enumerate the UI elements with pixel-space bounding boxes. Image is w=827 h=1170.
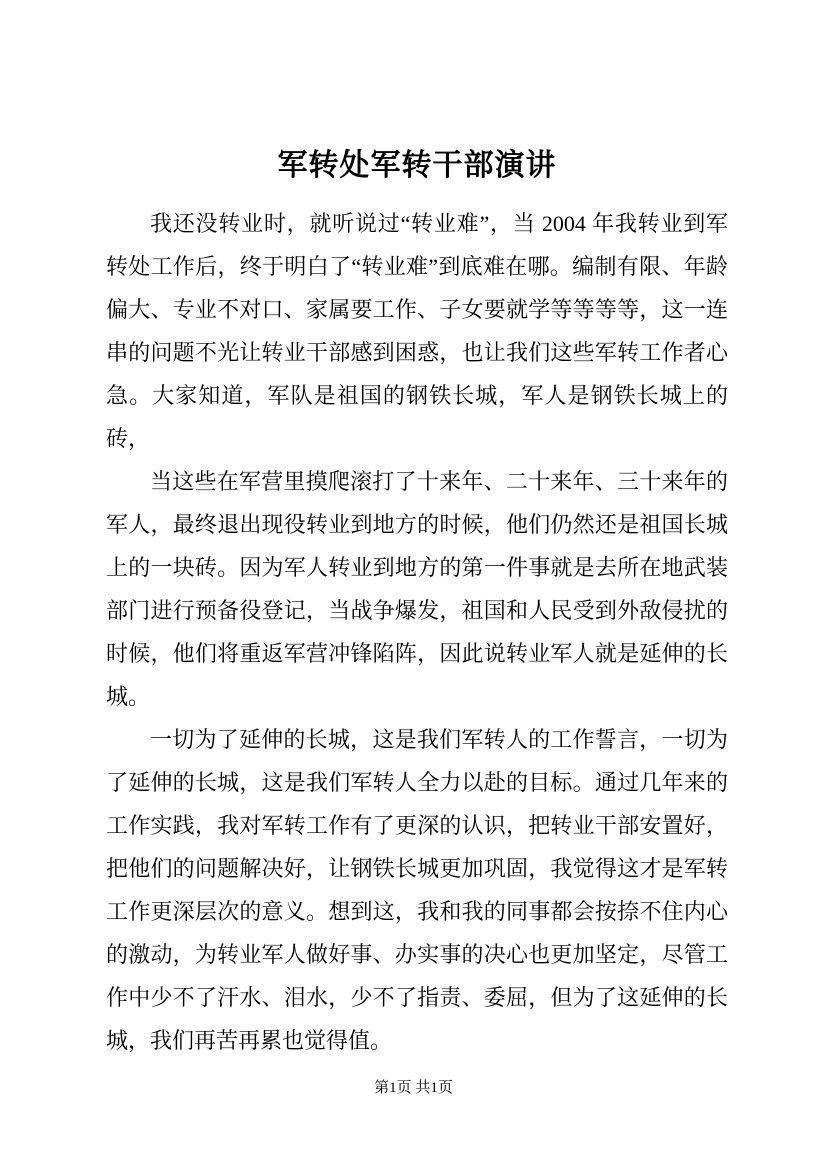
document-page: 军转处军转干部演讲 我还没转业时，就听说过“转业难”，当 2004 年我转业到军… [0, 0, 827, 1170]
paragraph-middle: 当这些在军营里摸爬滚打了十来年、二十来年、三十来年的军人，最终退出现役转业到地方… [106, 460, 728, 718]
paragraph-intro: 我还没转业时，就听说过“转业难”，当 2004 年我转业到军转处工作后，终于明白… [106, 202, 728, 460]
page-number-footer: 第1页 共1页 [0, 1078, 827, 1098]
paragraph-closing: 一切为了延伸的长城，这是我们军转人的工作誓言，一切为了延伸的长城，这是我们军转人… [106, 718, 728, 1062]
document-title: 军转处军转干部演讲 [106, 146, 728, 186]
document-content: 军转处军转干部演讲 我还没转业时，就听说过“转业难”，当 2004 年我转业到军… [106, 146, 728, 1062]
